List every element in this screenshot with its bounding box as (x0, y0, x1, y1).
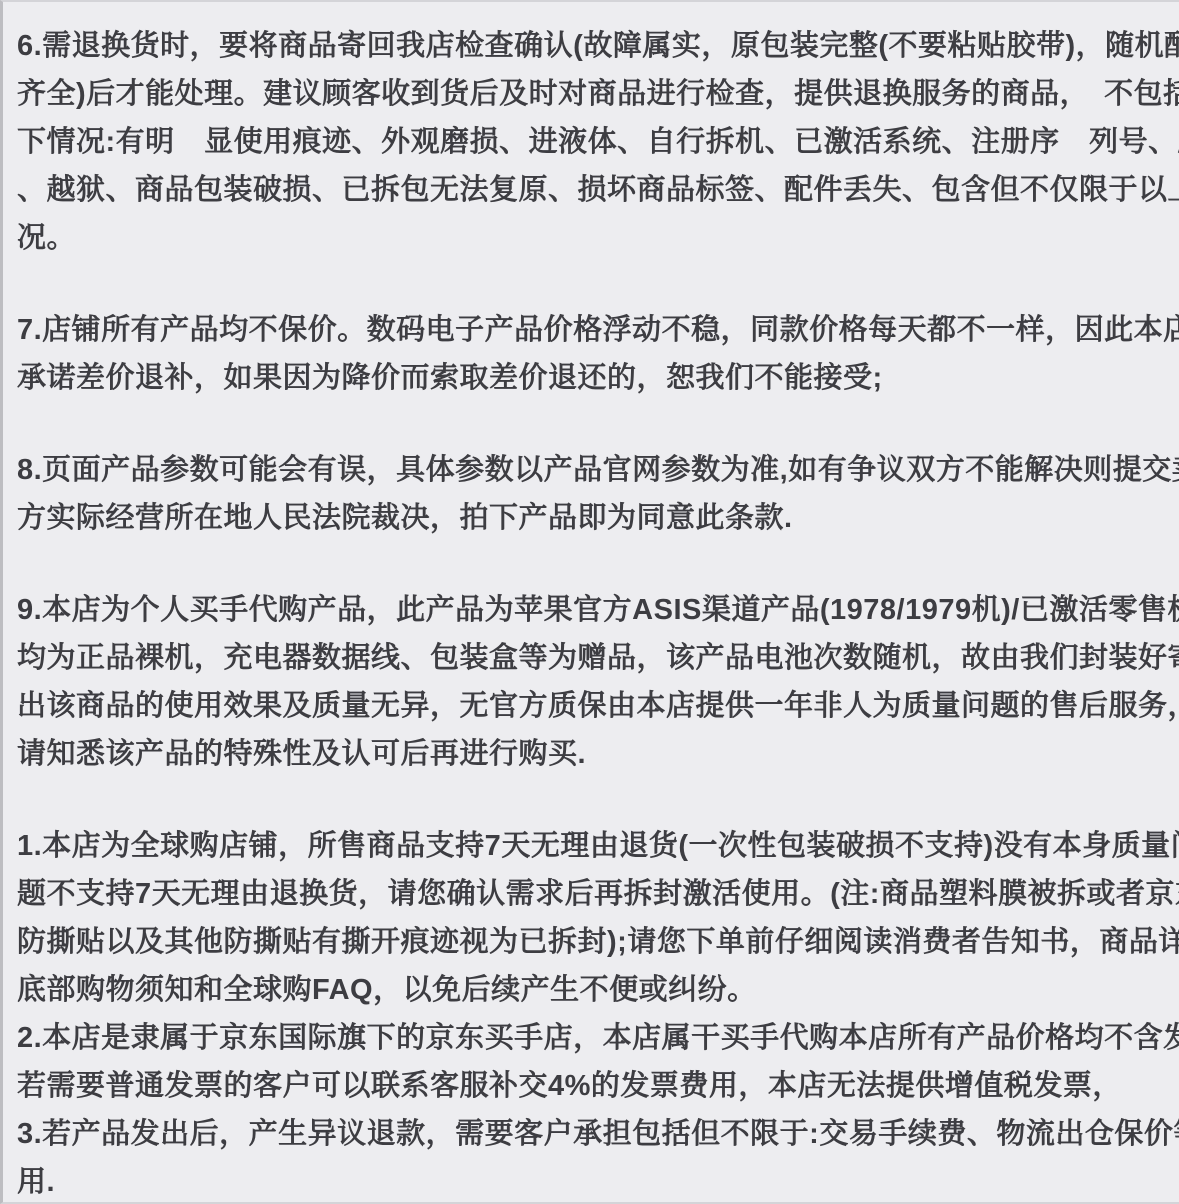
text-line: 况。 (17, 214, 1169, 262)
terms-paragraph-6: 6.需退换货时，要将商品寄回我店检查确认(故障属实，原包装完整(不要粘贴胶带)，… (17, 22, 1169, 262)
terms-paragraph-8: 8.页面产品参数可能会有误，具体参数以产品官网参数为准,如有争议双方不能解决则提… (17, 446, 1169, 542)
text-line: 3.若产品发出后，产生异议退款，需要客户承担包括但不限于:交易手续费、物流出仓保… (17, 1110, 1169, 1158)
text-line: 齐全)后才能处理。建议顾客收到货后及时对商品进行检查，提供退换服务的商品， 不包… (17, 70, 1169, 118)
text-line: 7.店铺所有产品均不保价。数码电子产品价格浮动不稳，同款价格每天都不一样，因此本… (17, 306, 1169, 354)
text-line: 下情况:有明 显使用痕迹、外观磨损、进液体、自行拆机、已激活系统、注册序 列号、… (17, 118, 1169, 166)
text-line: 承诺差价退补，如果因为降价而索取差价退还的，恕我们不能接受; (17, 354, 1169, 402)
text-line: 、越狱、商品包装破损、已拆包无法复原、损坏商品标签、配件丢失、包含但不仅限于以上… (17, 166, 1169, 214)
text-line: 若需要普通发票的客户可以联系客服补交4%的发票费用，本店无法提供增值税发票， (17, 1062, 1169, 1110)
text-line: 1.本店为全球购店铺，所售商品支持7天无理由退货(一次性包装破损不支持)没有本身… (17, 822, 1169, 870)
terms-document: 6.需退换货时，要将商品寄回我店检查确认(故障属实，原包装完整(不要粘贴胶带)，… (0, 0, 1179, 1204)
text-line: 9.本店为个人买手代购产品，此产品为苹果官方ASIS渠道产品(1978/1979… (17, 586, 1169, 634)
text-line: 底部购物须知和全球购FAQ，以免后续产生不便或纠纷。 (17, 966, 1169, 1014)
text-line: 防撕贴以及其他防撕贴有撕开痕迹视为已拆封);请您下单前仔细阅读消费者告知书，商品… (17, 918, 1169, 966)
text-line: 6.需退换货时，要将商品寄回我店检查确认(故障属实，原包装完整(不要粘贴胶带)，… (17, 22, 1169, 70)
text-line: 用. (17, 1158, 1169, 1204)
text-line: 8.页面产品参数可能会有误，具体参数以产品官网参数为准,如有争议双方不能解决则提… (17, 446, 1169, 494)
text-line: 题不支持7天无理由退换货，请您确认需求后再拆封激活使用。(注:商品塑料膜被拆或者… (17, 870, 1169, 918)
terms-paragraph-9: 9.本店为个人买手代购产品，此产品为苹果官方ASIS渠道产品(1978/1979… (17, 586, 1169, 778)
terms-paragraph-3: 3.若产品发出后，产生异议退款，需要客户承担包括但不限于:交易手续费、物流出仓保… (17, 1110, 1169, 1204)
terms-paragraph-2: 2.本店是隶属于京东国际旗下的京东买手店，本店属干买手代购本店所有产品价格均不含… (17, 1014, 1169, 1110)
text-line: 出该商品的使用效果及质量无异，无官方质保由本店提供一年非人为质量问题的售后服务， (17, 682, 1169, 730)
text-line: 2.本店是隶属于京东国际旗下的京东买手店，本店属干买手代购本店所有产品价格均不含… (17, 1014, 1169, 1062)
terms-paragraph-1: 1.本店为全球购店铺，所售商品支持7天无理由退货(一次性包装破损不支持)没有本身… (17, 822, 1169, 1014)
text-line: 均为正品裸机，充电器数据线、包装盒等为赠品，该产品电池次数随机，故由我们封装好寄 (17, 634, 1169, 682)
text-line: 方实际经营所在地人民法院裁决，拍下产品即为同意此条款. (17, 494, 1169, 542)
text-line: 请知悉该产品的特殊性及认可后再进行购买. (17, 730, 1169, 778)
terms-paragraph-7: 7.店铺所有产品均不保价。数码电子产品价格浮动不稳，同款价格每天都不一样，因此本… (17, 306, 1169, 402)
